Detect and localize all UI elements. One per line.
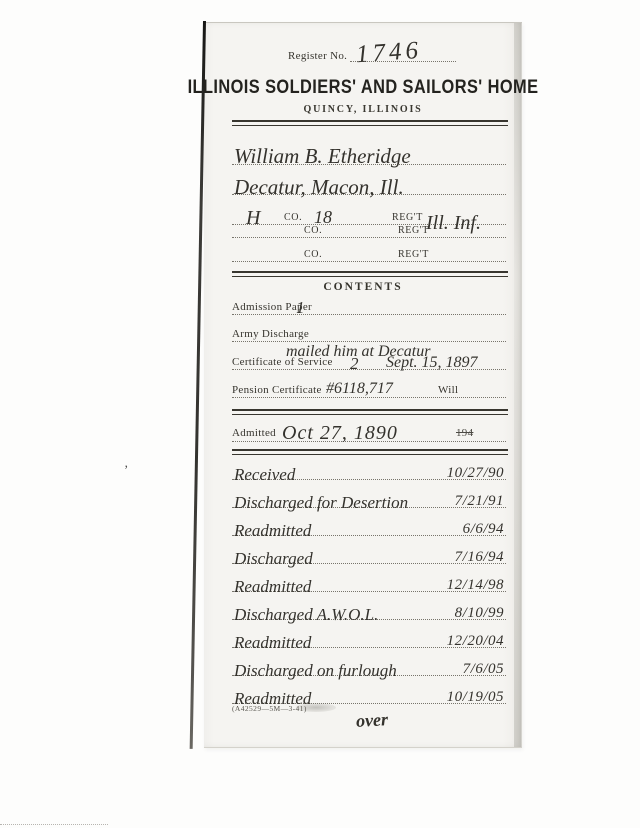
certificate-of-service-value-handwritten: 2 — [350, 355, 359, 372]
entry-row: Discharged for Desertion 7/21/91 — [232, 480, 506, 508]
scan-speck-mark: ’ — [124, 462, 128, 478]
double-rule-2 — [232, 271, 508, 277]
entry-date-handwritten: 12/14/98 — [447, 578, 504, 593]
admission-paper-row: Admission Paper 1 — [232, 295, 506, 315]
blank-unit-row-1: CO. REG'T — [232, 219, 506, 238]
certificate-of-service-label: Certificate of Service — [232, 356, 333, 368]
name-row: William B. Etheridge — [232, 135, 506, 165]
admitted-date-handwritten: Oct 27, 1890 — [282, 423, 398, 443]
register-label: Register No. — [288, 50, 347, 62]
over-note-handwritten: over — [356, 710, 389, 730]
entry-row: Discharged on furlough 7/6/05 — [232, 648, 506, 676]
entry-row: Discharged A.W.O.L. 8/10/99 — [232, 592, 506, 620]
register-number-handwritten: 1746 — [355, 38, 423, 68]
army-discharge-row: Army Discharge — [232, 322, 506, 342]
home-location: QUINCY, ILLINOIS — [303, 104, 422, 115]
entry-row: Readmitted 12/14/98 — [232, 564, 506, 592]
double-rule-3 — [232, 409, 508, 415]
entry-row: Received 10/27/90 — [232, 452, 506, 480]
paper-right-edge-shadow — [514, 23, 521, 747]
entry-date-handwritten: 7/6/05 — [463, 662, 504, 677]
regt-label-blank-1: REG'T — [398, 225, 429, 236]
co-label-blank-1: CO. — [304, 225, 322, 236]
admission-paper-value-handwritten: 1 — [296, 299, 305, 316]
entry-date-handwritten: 12/20/04 — [447, 634, 504, 649]
admitted-row: Admitted Oct 27, 1890 194 — [232, 417, 506, 442]
paper-left-edge — [190, 21, 206, 749]
movement-entries-list: Received 10/27/90 Discharged for Deserti… — [232, 452, 506, 704]
pension-certificate-label: Pension Certificate — [232, 384, 322, 396]
residence-row: Decatur, Macon, Ill. — [232, 165, 506, 195]
soldier-name-handwritten: William B. Etheridge — [234, 146, 411, 167]
entry-date-handwritten: 7/21/91 — [455, 494, 504, 509]
entry-date-handwritten: 10/27/90 — [447, 466, 504, 481]
co-label-blank-2: CO. — [304, 249, 322, 260]
double-rule-1 — [232, 120, 508, 126]
record-card: Register No. 1746 ILLINOIS SOLDIERS' AND… — [204, 22, 522, 748]
regt-label-blank-2: REG'T — [398, 249, 429, 260]
blank-unit-row-2: CO. REG'T — [232, 243, 506, 262]
pension-certificate-value-handwritten: #6118,717 — [326, 381, 393, 397]
scanner-bottom-dotted-artifact — [0, 824, 108, 825]
home-title: ILLINOIS SOLDIERS' AND SAILORS' HOME — [188, 76, 539, 99]
certificate-of-service-date-handwritten: Sept. 15, 1897 — [386, 355, 478, 371]
will-label: Will — [438, 384, 458, 396]
register-row: Register No. 1746 — [232, 37, 506, 65]
certificate-of-service-row: Certificate of Service 2 Sept. 15, 1897 — [232, 350, 506, 370]
contents-heading: CONTENTS — [323, 281, 402, 293]
printers-union-ornament — [296, 703, 336, 712]
entry-row: Readmitted 12/20/04 — [232, 620, 506, 648]
admitted-struck-year: 194 — [456, 427, 473, 439]
entry-date-handwritten: 7/16/94 — [455, 550, 504, 565]
pension-certificate-row: Pension Certificate #6118,717 Will — [232, 378, 506, 398]
admitted-label: Admitted — [232, 427, 276, 439]
army-discharge-label: Army Discharge — [232, 328, 309, 340]
entry-date-handwritten: 6/6/94 — [463, 522, 504, 537]
entry-row: Readmitted 6/6/94 — [232, 508, 506, 536]
entry-date-handwritten: 8/10/99 — [455, 606, 504, 621]
entry-row: Discharged 7/16/94 — [232, 536, 506, 564]
